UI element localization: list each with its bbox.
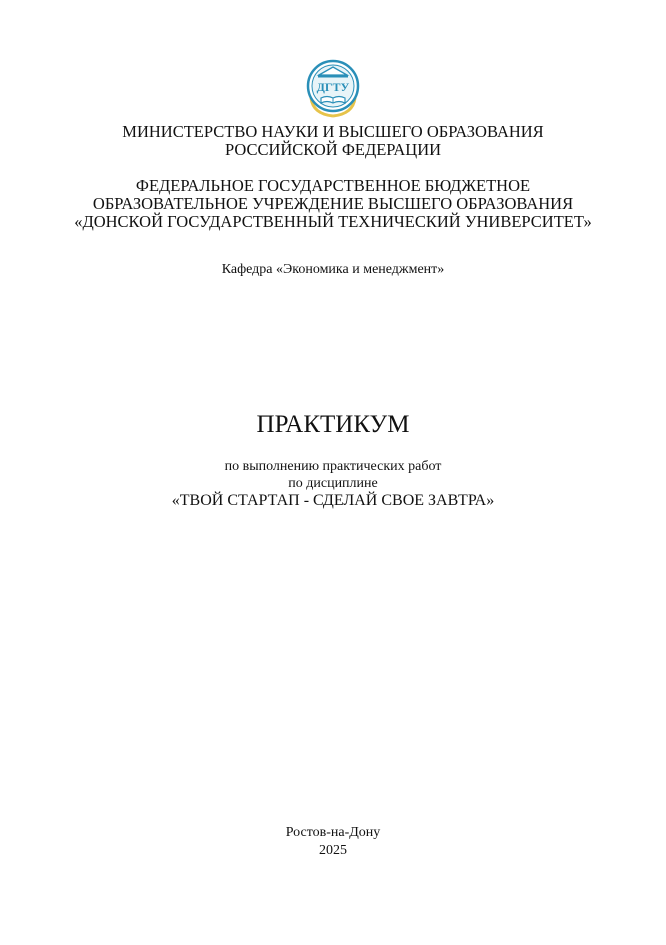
institution-line-1: ФЕДЕРАЛЬНОЕ ГОСУДАРСТВЕННОЕ БЮДЖЕТНОЕ (0, 178, 666, 195)
university-emblem-icon: ДГТУ (303, 58, 363, 118)
institution-line-3: «ДОНСКОЙ ГОСУДАРСТВЕННЫЙ ТЕХНИЧЕСКИЙ УНИ… (0, 214, 666, 231)
ministry-line-1: МИНИСТЕРСТВО НАУКИ И ВЫСШЕГО ОБРАЗОВАНИЯ (0, 124, 666, 141)
subtitle-line-2: по дисциплине (0, 477, 666, 491)
svg-text:ДГТУ: ДГТУ (317, 80, 350, 94)
city: Ростов-на-Дону (0, 826, 666, 840)
document-title: ПРАКТИКУМ (0, 412, 666, 437)
year: 2025 (0, 844, 666, 858)
department-name: Кафедра «Экономика и менеджмент» (0, 263, 666, 277)
ministry-line-2: РОССИЙСКОЙ ФЕДЕРАЦИИ (0, 142, 666, 159)
subtitle-line-1: по выполнению практических работ (0, 460, 666, 474)
institution-line-2: ОБРАЗОВАТЕЛЬНОЕ УЧРЕЖДЕНИЕ ВЫСШЕГО ОБРАЗ… (0, 196, 666, 213)
discipline-name: «ТВОЙ СТАРТАП - СДЕЛАЙ СВОЕ ЗАВТРА» (0, 493, 666, 509)
document-page: ДГТУ МИНИСТЕРСТВО НАУКИ И ВЫСШЕГО ОБРАЗО… (0, 0, 666, 945)
